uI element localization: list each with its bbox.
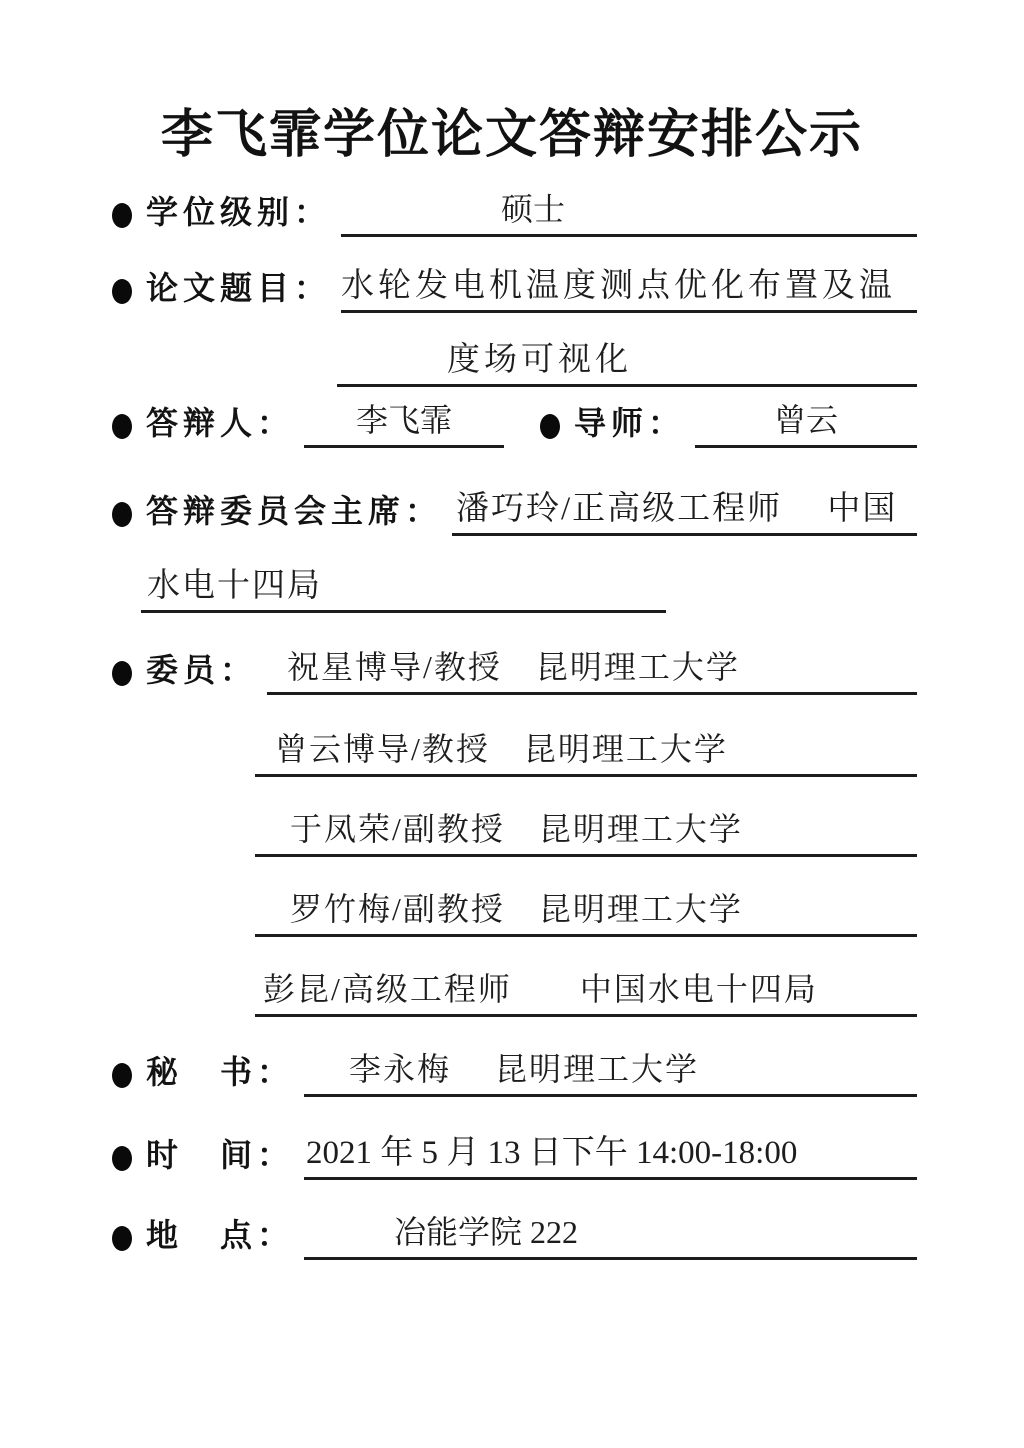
advisor-label: 导师： (574, 398, 685, 448)
bullet-icon (112, 279, 132, 304)
defender-advisor-row: 答辩人： 李飞霏 导师： 曾云 (112, 400, 917, 448)
chair-row: 答辩委员会主席： 潘巧玲/正高级工程师 中国 (112, 488, 917, 536)
secretary-row: 秘 书： 李永梅 昆明理工大学 (112, 1049, 917, 1097)
bullet-icon (112, 1146, 132, 1171)
location-label: 地 点： (146, 1210, 294, 1260)
committee-row-2: 曾云博导/教授 昆明理工大学 (112, 729, 917, 777)
thesis-title-row: 论文题目： 水轮发电机温度测点优化布置及温 (112, 265, 917, 313)
committee-row-5: 彭昆/高级工程师 中国水电十四局 (112, 969, 917, 1017)
location-row: 地 点： 冶能学院 222 (112, 1212, 917, 1260)
page-title: 李飞霏学位论文答辩安排公示 (0, 92, 1024, 167)
time-label: 时 间： (146, 1130, 294, 1180)
committee-member-4: 罗竹梅/副教授 昆明理工大学 (255, 884, 917, 937)
bullet-icon (112, 502, 132, 527)
committee-row-1: 委员： 祝星博导/教授 昆明理工大学 (112, 647, 917, 695)
degree-label: 学位级别： (146, 187, 331, 237)
committee-member-2: 曾云博导/教授 昆明理工大学 (255, 724, 917, 777)
advisor-value: 曾云 (695, 395, 917, 448)
time-row: 时 间： 2021 年 5 月 13 日下午 14:00-18:00 (112, 1132, 917, 1180)
bullet-icon (112, 1226, 132, 1251)
committee-member-5: 彭昆/高级工程师 中国水电十四局 (255, 964, 917, 1017)
bullet-icon (112, 203, 132, 228)
degree-row: 学位级别： 硕士 (112, 189, 917, 237)
chair-value-line2: 水电十四局 (141, 559, 666, 613)
thesis-title-line2: 度场可视化 (337, 333, 917, 387)
committee-member-3: 于凤荣/副教授 昆明理工大学 (255, 804, 917, 857)
announcement-page: 李飞霏学位论文答辩安排公示 学位级别： 硕士 论文题目： 水轮发电机温度测点优化… (0, 0, 1024, 1448)
defender-label: 答辩人： (146, 398, 294, 448)
bullet-icon (112, 1063, 132, 1088)
bullet-icon (540, 414, 560, 439)
secretary-label: 秘 书： (146, 1047, 294, 1097)
chair-label: 答辩委员会主席： (146, 486, 442, 536)
chair-value-line1: 潘巧玲/正高级工程师 中国 (452, 482, 917, 536)
defender-value: 李飞霏 (304, 395, 504, 448)
degree-value: 硕士 (341, 184, 917, 237)
bullet-icon (112, 661, 132, 686)
committee-row-4: 罗竹梅/副教授 昆明理工大学 (112, 889, 917, 937)
committee-label: 委员： (146, 645, 257, 695)
secretary-value: 李永梅 昆明理工大学 (304, 1044, 917, 1097)
thesis-title-line1: 水轮发电机温度测点优化布置及温 (341, 259, 917, 313)
location-value: 冶能学院 222 (304, 1207, 917, 1260)
bullet-icon (112, 414, 132, 439)
committee-member-1: 祝星博导/教授 昆明理工大学 (267, 642, 917, 695)
time-value: 2021 年 5 月 13 日下午 14:00-18:00 (304, 1126, 917, 1180)
committee-row-3: 于凤荣/副教授 昆明理工大学 (112, 809, 917, 857)
thesis-title-row2: 度场可视化 (112, 339, 917, 387)
thesis-title-label: 论文题目： (146, 263, 331, 313)
chair-row2: 水电十四局 (112, 565, 917, 613)
